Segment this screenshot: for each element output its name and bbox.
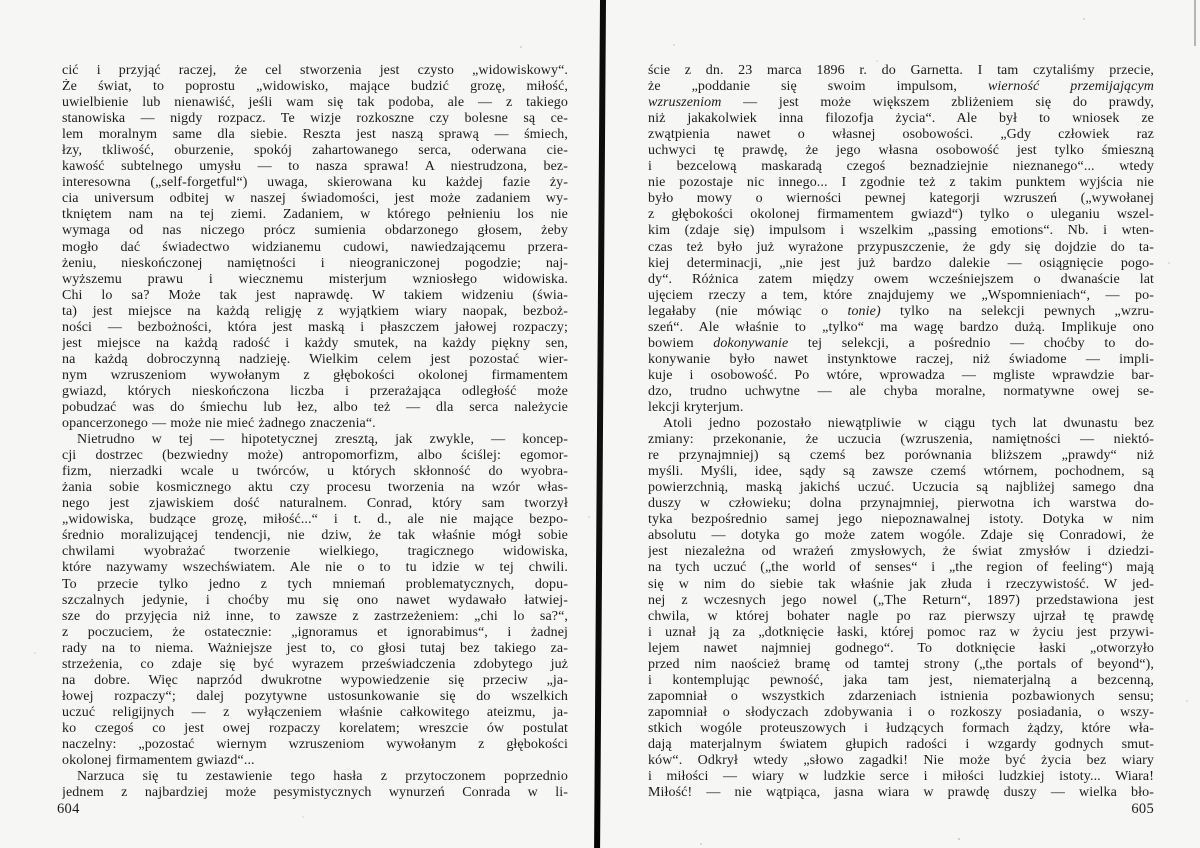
text-segment: na każdą dobroczynną nadzieję. Wielkim c… <box>62 352 568 367</box>
text-segment: Nietrudno w tej — hipotetycznej zresztą,… <box>77 432 568 447</box>
text-segment: lejem nawet najmniej godnego“. To dotkni… <box>648 641 1154 656</box>
text-segment: szczalnych jedynie, i choćby mu się ono … <box>62 593 568 608</box>
text-segment: zapomniał o słodyczach zdobywania i o ro… <box>648 705 1154 720</box>
text-segment: które nazywamy wszechświatem. Ale nie o … <box>62 560 568 575</box>
text-line: zmiany: przekonanie, że uczucia (wzrusze… <box>648 432 1154 448</box>
text-line: żania sobie kosmicznego aktu czy procesu… <box>62 480 568 496</box>
text-line: cji dostrzec (bezwiedny może) antropomor… <box>62 448 568 464</box>
text-segment: Że świat, to poprostu „widowisko, mające… <box>62 79 568 94</box>
text-line: wyższemu prawu i wiecznemu misterjum wzn… <box>62 272 568 288</box>
text-line: niż jakakolwiek inna filozofja życia“. A… <box>648 111 1154 127</box>
text-segment: nie pozostaje nic innego... I zgodnie te… <box>648 175 1154 190</box>
text-segment: nego jest zjawiskiem dość naturalnem. Co… <box>62 496 568 511</box>
right-page-text: ście z dn. 23 marca 1896 r. do Garnetta.… <box>648 63 1154 801</box>
text-segment: strzeżenia, co zdaje się być wyrazem prz… <box>62 657 568 672</box>
text-line: mogło dać świadectwo widzianemu cudowi, … <box>62 240 568 256</box>
text-line: Atoli jedno pozostało niewątpliwie w cią… <box>648 416 1154 432</box>
text-segment: i bezcelową maskaradą czegoś beznadziejn… <box>648 159 1154 174</box>
text-segment: duszy w człowieku; dolna przynajmniej, p… <box>648 496 1154 511</box>
text-segment: fizm, nierzadki wcale u twórców, u który… <box>62 464 568 479</box>
text-segment: z poczuciem, że ostatecznie: „ignoramus … <box>62 625 568 640</box>
text-segment: zmiany: przekonanie, że uczucia (wzrusze… <box>648 432 1154 447</box>
text-line: dzo, trudno uchwytne — ale chyba moralne… <box>648 384 1154 400</box>
text-line: cia universum odbitej w naszej świadomoś… <box>62 191 568 207</box>
text-segment: stkich wogóle proteuszowych i łudzących … <box>648 721 1154 736</box>
text-segment: zapomniał o wszystkich zdarzeniach istni… <box>648 689 1154 704</box>
text-line: przed nim naoścież bramę od tamtej stron… <box>648 657 1154 673</box>
text-segment: i uznał ją za „dotknięcie łaski, której … <box>648 625 1154 640</box>
text-line: gwiazd, których nieskończona liczba i pr… <box>62 384 568 400</box>
text-segment: wyższemu prawu i wiecznemu misterjum wzn… <box>62 272 568 287</box>
left-page-text: cić i przyjąć raczej, że cel stworzenia … <box>62 63 568 801</box>
text-segment: ta) jest miejsce na każdą religję z wyją… <box>62 304 568 319</box>
text-line: które nazywamy wszechświatem. Ale nie o … <box>62 560 568 576</box>
text-segment: sze do przyjęcia niż inne, to zawsze z z… <box>62 609 568 624</box>
text-line: duszy w człowieku; dolna przynajmniej, p… <box>648 496 1154 512</box>
book-scan-spread: cić i przyjąć raczej, że cel stworzenia … <box>0 0 1200 848</box>
text-line: zwątpienia nawet o własnej osobowości. „… <box>648 127 1154 143</box>
text-line: z poczuciem, że ostatecznie: „ignoramus … <box>62 625 568 641</box>
text-line: rady na to niema. Ważniejsze jest to, co… <box>62 641 568 657</box>
text-segment: kiej determinacji, „nie jest już bardzo … <box>648 256 1154 271</box>
text-segment: lem moralnym same dla siebie. Reszta jes… <box>62 127 568 142</box>
text-segment: ności — bezbożności, która jest maską i … <box>62 320 568 335</box>
text-line: stanowiska — nigdy rozpacz. Te wizje roz… <box>62 111 568 127</box>
text-line: sze do przyjęcia niż inne, to zawsze z z… <box>62 609 568 625</box>
text-line: absolutu — dotyka go może zatem wogóle. … <box>648 528 1154 544</box>
text-segment: opancerzonego — może nie mieć żadnego zn… <box>62 416 376 431</box>
text-line: uwielbienie lub nienawiść, jeśli wam się… <box>62 95 568 111</box>
text-line: że „poddanie się swoim impulsom, wiernoś… <box>648 79 1154 95</box>
text-segment: tylko na selekcji pewnych „wzru- <box>881 304 1154 319</box>
text-segment: dzo, trudno uchwytne — ale chyba moralne… <box>648 384 1154 399</box>
text-line: kiej determinacji, „nie jest już bardzo … <box>648 256 1154 272</box>
text-segment: jest miejsce na każdą radość i każdy smu… <box>62 336 568 351</box>
text-segment: uchwyci tę prawdę, że jego własna osobow… <box>648 143 1154 158</box>
text-line: i uznał ją za „dotknięcie łaski, której … <box>648 625 1154 641</box>
text-segment: zwątpienia nawet o własnej osobowości. „… <box>648 127 1154 142</box>
text-segment: okolonej firmamentem gwiazd“... <box>62 753 255 768</box>
text-segment: i kontemplując pewność, jaka tam jest, n… <box>648 673 1154 688</box>
text-segment: niż jakakolwiek inna filozofja życia“. A… <box>648 111 1154 126</box>
text-segment: absolutu — dotyka go może zatem wogóle. … <box>648 528 1154 543</box>
text-segment: ko czegoś co jest owej rozpaczy korelate… <box>62 721 568 736</box>
text-segment: rady na to niema. Ważniejsze jest to, co… <box>62 641 568 656</box>
text-segment: łowej rozpaczy“; dalej pozytywne ustosun… <box>62 689 568 704</box>
text-segment: myśli. Myśli, idee, sądy są zawsze czemś… <box>648 464 1154 479</box>
text-line: się w nim do siebie tak właśnie jak złud… <box>648 577 1154 593</box>
italic-text-segment: dokonywanie <box>713 336 788 351</box>
text-segment: nej z wczesnych jego nowel („The Return“… <box>648 593 1154 608</box>
text-line: ko czegoś co jest owej rozpaczy korelate… <box>62 721 568 737</box>
text-segment: cia universum odbitej w naszej świadomoś… <box>62 191 568 206</box>
text-segment: konywanie było nawet instynktowe raczej,… <box>648 352 1154 367</box>
text-segment: żania sobie kosmicznego aktu czy procesu… <box>62 480 568 495</box>
text-segment: interesowna („self-forgetful“) uwaga, sk… <box>62 175 568 190</box>
text-segment: na dobre. Więc naprzód dwukrotne wypowie… <box>62 673 568 688</box>
text-line: żeniu, nieskończonej namiętności i nieog… <box>62 256 568 272</box>
text-line: uchwyci tę prawdę, że jego własna osobow… <box>648 143 1154 159</box>
text-line: fizm, nierzadki wcale u twórców, u który… <box>62 464 568 480</box>
text-line: łzy, tkliwość, oburzenie, spokój zaharto… <box>62 143 568 159</box>
left-page-number: 604 <box>57 801 80 818</box>
text-line: ności — bezbożności, która jest maską i … <box>62 320 568 336</box>
text-segment: i miłości — wiary w ludzkie serce i miło… <box>648 769 1154 784</box>
text-segment: tyka bezpośrednio samej jego niepoznawal… <box>648 512 1154 527</box>
text-segment: tkniętem nam na tej ziemi. Zadaniem, w k… <box>62 207 568 222</box>
text-line: na dobre. Więc naprzód dwukrotne wypowie… <box>62 673 568 689</box>
text-line: „widowiska, budzące grozę, miłość...“ i … <box>62 512 568 528</box>
italic-text-segment: wzruszeniom <box>648 95 721 110</box>
text-segment: chwilami wyobrażać tworzenie wielkiego, … <box>62 544 568 559</box>
text-line: strzeżenia, co zdaje się być wyrazem prz… <box>62 657 568 673</box>
text-segment: Narzuca się tu zestawienie tego hasła z … <box>77 769 568 784</box>
text-line: na każdą dobroczynną nadzieję. Wielkim c… <box>62 352 568 368</box>
text-segment: lekcji kryterjum. <box>648 400 744 415</box>
text-line: tyka bezpośrednio samej jego niepoznawal… <box>648 512 1154 528</box>
text-segment: przed nim naoścież bramę od tamtej stron… <box>648 657 1154 672</box>
text-line: dają materjalnym światem głupich radości… <box>648 737 1154 753</box>
text-segment: się w nim do siebie tak właśnie jak złud… <box>648 577 1154 592</box>
text-line: okolonej firmamentem gwiazd“... <box>62 753 568 769</box>
text-line: ków“. Odkrył wtedy „słowo zagadki! Nie m… <box>648 753 1154 769</box>
text-line: lekcji kryterjum. <box>648 400 1154 416</box>
text-line: powierzchnią, maską jakichś uczuć. Uczuc… <box>648 480 1154 496</box>
text-line: nego jest zjawiskiem dość naturalnem. Co… <box>62 496 568 512</box>
text-line: Miłość! — nie wątpiąca, jasna wiara w pr… <box>648 785 1154 801</box>
text-line: bowiem dokonywanie tej selekcji, a pośre… <box>648 336 1154 352</box>
text-segment: legałaby (nie mówiąc o <box>648 304 847 319</box>
text-line: szczalnych jedynie, i choćby mu się ono … <box>62 593 568 609</box>
text-segment: nym wzruszeniom wywołanym z głębokości o… <box>62 368 568 383</box>
text-segment: ków“. Odkrył wtedy „słowo zagadki! Nie m… <box>648 753 1154 768</box>
text-segment: kuje i osobowość. Po wtóre, wprowadza — … <box>648 368 1154 383</box>
text-segment: łzy, tkliwość, oburzenie, spokój zaharto… <box>62 143 568 158</box>
text-segment: z głębokości okolonej firmamentem gwiazd… <box>648 207 1154 222</box>
text-segment: stanowiska — nigdy rozpacz. Te wizje roz… <box>62 111 568 126</box>
text-line: lejem nawet najmniej godnego“. To dotkni… <box>648 641 1154 657</box>
text-line: pobudzać was do śmiechu lub łez, albo te… <box>62 400 568 416</box>
text-line: chwilami wyobrażać tworzenie wielkiego, … <box>62 544 568 560</box>
text-line: opancerzonego — może nie mieć żadnego zn… <box>62 416 568 432</box>
text-segment: mogło dać świadectwo widzianemu cudowi, … <box>62 240 568 255</box>
text-line: kawość subtelnego umysłu — to nasza spra… <box>62 159 568 175</box>
text-line: re przynajmniej) są czemś bez porównania… <box>648 448 1154 464</box>
text-line: na tych uczuć („the world of senses“ i „… <box>648 560 1154 576</box>
text-line: zapomniał o słodyczach zdobywania i o ro… <box>648 705 1154 721</box>
text-segment: ujęciem rzeczy a tem, które znajdujemy w… <box>648 288 1154 303</box>
text-line: cić i przyjąć raczej, że cel stworzenia … <box>62 63 568 79</box>
italic-text-segment: tonie) <box>847 304 880 319</box>
text-segment: średnio moralizującej tendencji, nie dzi… <box>62 528 568 543</box>
text-segment: Miłość! — nie wątpiąca, jasna wiara w pr… <box>648 785 1154 800</box>
text-segment: na tych uczuć („the world of senses“ i „… <box>648 560 1154 575</box>
text-segment: To przecie tylko jedno z tych mniemań pr… <box>62 577 568 592</box>
text-line: nej z wczesnych jego nowel („The Return“… <box>648 593 1154 609</box>
text-line: średnio moralizującej tendencji, nie dzi… <box>62 528 568 544</box>
text-segment: gwiazd, których nieskończona liczba i pr… <box>62 384 568 399</box>
text-segment: re przynajmniej) są czemś bez porównania… <box>648 448 1154 463</box>
text-line: wymaga od nas niczego prócz sumienia obd… <box>62 223 568 239</box>
text-line: nym wzruszeniom wywołanym z głębokości o… <box>62 368 568 384</box>
text-line: konywanie było nawet instynktowe raczej,… <box>648 352 1154 368</box>
text-line: To przecie tylko jedno z tych mniemań pr… <box>62 577 568 593</box>
text-line: Nietrudno w tej — hipotetycznej zresztą,… <box>62 432 568 448</box>
text-segment: kawość subtelnego umysłu — to nasza spra… <box>62 159 568 174</box>
text-line: nie pozostaje nic innego... I zgodnie te… <box>648 175 1154 191</box>
text-line: Chi lo sa? Może tak jest naprawdę. W tak… <box>62 288 568 304</box>
text-line: stkich wogóle proteuszowych i łudzących … <box>648 721 1154 737</box>
text-line: i bezcelową maskaradą czegoś beznadziejn… <box>648 159 1154 175</box>
text-line: ujęciem rzeczy a tem, które znajdujemy w… <box>648 288 1154 304</box>
text-line: ście z dn. 23 marca 1896 r. do Garnetta.… <box>648 63 1154 79</box>
text-line: lem moralnym same dla siebie. Reszta jes… <box>62 127 568 143</box>
text-line: interesowna („self-forgetful“) uwaga, sk… <box>62 175 568 191</box>
text-segment: „widowiska, budzące grozę, miłość...“ i … <box>62 512 568 527</box>
text-line: zapomniał o wszystkich zdarzeniach istni… <box>648 689 1154 705</box>
text-line: jest niezależna od wrażeń zmysłowych, że… <box>648 544 1154 560</box>
text-segment: chwila, w której bohater nagle po raz pi… <box>648 609 1154 624</box>
text-line: legałaby (nie mówiąc o tonie) tylko na s… <box>648 304 1154 320</box>
text-line: czas też było już wyrażone przypuszczeni… <box>648 240 1154 256</box>
text-segment: dają materjalnym światem głupich radości… <box>648 737 1154 752</box>
text-line: było mowy o wierności pewnej kategorji w… <box>648 191 1154 207</box>
text-segment: powierzchnią, maską jakichś uczuć. Uczuc… <box>648 480 1154 495</box>
right-page-number: 605 <box>648 801 1154 818</box>
text-segment: uwielbienie lub nienawiść, jeśli wam się… <box>62 95 568 110</box>
text-segment: Atoli jedno pozostało niewątpliwie w cią… <box>663 416 1154 431</box>
text-line: naczelny: „pozostać wiernym wzruszeniom … <box>62 737 568 753</box>
text-line: łowej rozpaczy“; dalej pozytywne ustosun… <box>62 689 568 705</box>
text-line: i kontemplując pewność, jaka tam jest, n… <box>648 673 1154 689</box>
text-segment: — jest może większem zbliżeniem się do p… <box>721 95 1154 110</box>
binding-gutter-line <box>594 0 606 848</box>
text-segment: tej selekcji, a pośrednio — choćby to do… <box>788 336 1154 351</box>
text-segment: cji dostrzec (bezwiedny może) antropomor… <box>62 448 568 463</box>
text-line: uczuć religijnych — z wyłączeniem właśni… <box>62 705 568 721</box>
text-line: ta) jest miejsce na każdą religję z wyją… <box>62 304 568 320</box>
text-segment: dy“. Różnica zatem między owem wcześniej… <box>648 272 1154 287</box>
text-line: wzruszeniom — jest może większem zbliżen… <box>648 95 1154 111</box>
text-segment: było mowy o wierności pewnej kategorji w… <box>648 191 1154 206</box>
text-segment: naczelny: „pozostać wiernym wzruszeniom … <box>62 737 568 752</box>
text-segment: że „poddanie się swoim impulsom, <box>648 79 988 94</box>
text-segment: uczuć religijnych — z wyłączeniem właśni… <box>62 705 568 720</box>
text-line: chwila, w której bohater nagle po raz pi… <box>648 609 1154 625</box>
text-segment: jest niezależna od wrażeń zmysłowych, że… <box>648 544 1154 559</box>
text-line: z głębokości okolonej firmamentem gwiazd… <box>648 207 1154 223</box>
text-line: szeń“. Ale właśnie to „tylko“ ma wagę ba… <box>648 320 1154 336</box>
scan-edge-mark <box>1194 0 1196 46</box>
text-line: kuje i osobowość. Po wtóre, wprowadza — … <box>648 368 1154 384</box>
text-segment: bowiem <box>648 336 713 351</box>
text-segment: kim (zdaje się) impulsom i wszelkim „pas… <box>648 223 1154 238</box>
text-line: Narzuca się tu zestawienie tego hasła z … <box>62 769 568 785</box>
text-segment: Chi lo sa? Może tak jest naprawdę. W tak… <box>62 288 568 303</box>
scan-noise <box>0 0 2 2</box>
text-segment: szeń“. Ale właśnie to „tylko“ ma wagę ba… <box>648 320 1154 335</box>
text-line: jednem z najbardziej może pesymistycznyc… <box>62 785 568 801</box>
text-segment: cić i przyjąć raczej, że cel stworzenia … <box>62 63 568 78</box>
text-segment: wymaga od nas niczego prócz sumienia obd… <box>62 223 568 238</box>
text-line: i miłości — wiary w ludzkie serce i miło… <box>648 769 1154 785</box>
text-line: myśli. Myśli, idee, sądy są zawsze czemś… <box>648 464 1154 480</box>
italic-text-segment: wierność przemijającym <box>988 79 1154 94</box>
text-segment: ście z dn. 23 marca 1896 r. do Garnetta.… <box>648 63 1154 78</box>
text-line: kim (zdaje się) impulsom i wszelkim „pas… <box>648 223 1154 239</box>
text-line: Że świat, to poprostu „widowisko, mające… <box>62 79 568 95</box>
text-segment: czas też było już wyrażone przypuszczeni… <box>648 240 1154 255</box>
text-segment: pobudzać was do śmiechu lub łez, albo te… <box>62 400 568 415</box>
text-segment: jednem z najbardziej może pesymistycznyc… <box>62 785 568 800</box>
text-line: dy“. Różnica zatem między owem wcześniej… <box>648 272 1154 288</box>
text-segment: żeniu, nieskończonej namiętności i nieog… <box>62 256 568 271</box>
text-line: tkniętem nam na tej ziemi. Zadaniem, w k… <box>62 207 568 223</box>
text-line: jest miejsce na każdą radość i każdy smu… <box>62 336 568 352</box>
